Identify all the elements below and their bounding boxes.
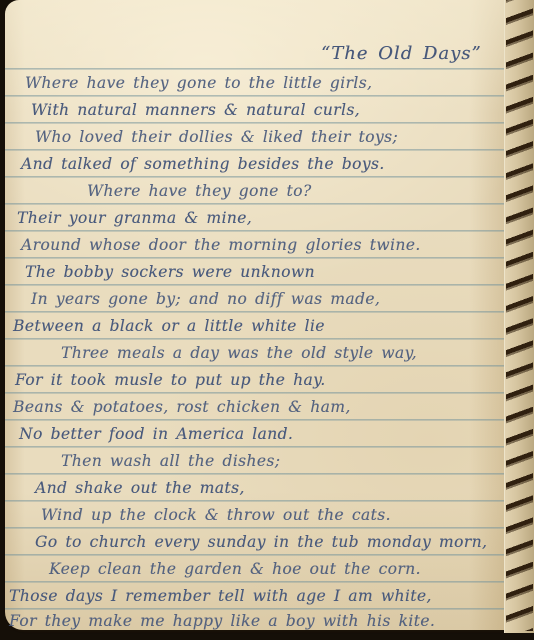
spiral-binding [504, 0, 534, 633]
notebook-page: “The Old Days” Where have they gone to t… [5, 0, 504, 630]
notebook-photo: “The Old Days” Where have they gone to t… [0, 0, 534, 640]
poem-line: Around whose door the morning glories tw… [21, 230, 421, 257]
poem-line: Their your granma & mine, [17, 203, 252, 230]
poem-line: Go to church every sunday in the tub mon… [35, 527, 487, 554]
poem-body: Where have they gone to the little girls… [5, 0, 504, 630]
poem-line: Who loved their dollies & liked their to… [35, 122, 398, 149]
poem-line: No better food in America land. [19, 419, 293, 446]
poem-line: With natural manners & natural curls, [31, 95, 360, 122]
poem-line: And shake out the mats, [35, 473, 245, 500]
poem-line: Those days I remember tell with age I am… [9, 581, 432, 608]
poem-line: For they make me happy like a boy with h… [9, 606, 435, 633]
poem-line: Keep clean the garden & hoe out the corn… [49, 554, 421, 581]
poem-line: In years gone by; and no diff was made, [31, 284, 380, 311]
poem-line: For it took musle to put up the hay. [15, 365, 326, 392]
poem-line: Where have they gone to? [87, 176, 312, 203]
poem-line: Beans & potatoes, rost chicken & ham, [13, 392, 351, 419]
poem-line: And talked of something besides the boys… [21, 149, 385, 176]
poem-line: Where have they gone to the little girls… [25, 68, 372, 95]
poem-line: Then wash all the dishes; [61, 446, 280, 473]
spiral-coil-icon [506, 0, 533, 631]
poem-line: Between a black or a little white lie [13, 311, 325, 338]
poem-line: Wind up the clock & throw out the cats. [41, 500, 391, 527]
poem-line: Three meals a day was the old style way, [61, 338, 417, 365]
poem-line: The bobby sockers were unknown [25, 257, 315, 284]
